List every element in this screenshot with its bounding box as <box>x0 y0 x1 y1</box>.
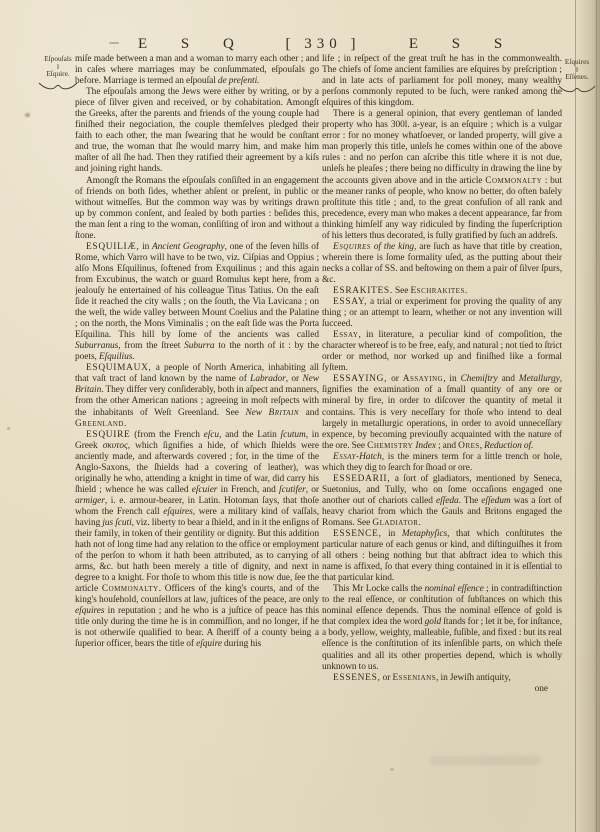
text-segment: , or <box>286 374 303 384</box>
text-segment: eſſedum <box>481 496 510 506</box>
text-segment: The eſpouſals among the Jews were either… <box>75 87 319 174</box>
text-segment: Chemistry <box>367 441 413 451</box>
paragraph: ESQUIRE (from the French eſcu, and the L… <box>75 430 319 651</box>
paragraph: Amongſt the Romans the eſpouſals conſiſt… <box>75 176 319 242</box>
text-segment: ESSAY, <box>333 297 367 307</box>
text-segment: Gladiator <box>372 518 418 528</box>
text-segment: in French, and <box>217 485 279 495</box>
paragraph: miſe made between a man and a woman to m… <box>75 54 319 87</box>
text-segment: Ores <box>458 441 480 451</box>
page-gutter-shadow <box>575 0 600 832</box>
text-segment: Amongſt the Romans the eſpouſals conſiſt… <box>75 176 319 241</box>
text-segment: ESQUIMAUX, <box>86 363 152 373</box>
text-segment: Britain <box>269 408 299 418</box>
text-segment: during his <box>222 639 261 649</box>
paragraph: ESRAKITES. See Eschrakites. <box>322 286 562 297</box>
text-segment: Assaying <box>403 374 443 384</box>
text-segment: , viz. liberty to bear a ſhield, and in … <box>75 518 319 594</box>
text-segment: , one of the ſeven hills of Rome, which … <box>75 242 319 340</box>
text-segment: , in Jewiſh antiquity, <box>436 673 511 683</box>
paragraph: There is a general opinion, that every g… <box>322 109 562 242</box>
paragraph: ESSENES, or Essenians, in Jewiſh antiqui… <box>322 673 562 684</box>
margin-note-left: Eſpouſals ‖ Eſquire. <box>36 55 80 91</box>
margin-note-left-bottom: Eſquire. <box>46 69 69 78</box>
text-segment: armiger <box>75 496 105 506</box>
text-segment: This Mr Locke calls the <box>333 584 425 594</box>
catchword: one <box>322 684 562 695</box>
text-segment: , in <box>443 374 460 384</box>
paragraph: Essay, in literature, a peculiar kind of… <box>322 330 562 374</box>
text-segment: and <box>498 374 519 384</box>
text-segment: See <box>393 286 411 296</box>
text-segment: , from the ſtreet <box>118 341 184 351</box>
ink-stain <box>109 42 119 44</box>
right-column-paragraphs: life ; in reſpect of the great truſt he … <box>322 54 562 684</box>
text-segment: miſe made between a man and a woman to m… <box>75 54 319 86</box>
running-header: E S Q [ 330 ] E S S <box>0 36 600 54</box>
text-segment: Essay <box>333 330 358 340</box>
text-segment: Eſquilius. <box>99 352 135 362</box>
text-segment: Index <box>415 441 436 451</box>
text-segment: de preſenti. <box>218 76 260 86</box>
text-segment: Greenland <box>75 419 124 429</box>
text-segment: . <box>465 286 467 296</box>
paragraph: Essay-Hatch, is the miners term for a li… <box>322 452 562 474</box>
text-segment: Essenians <box>392 673 436 683</box>
text-segment: -Hatch <box>356 452 382 462</box>
ink-stain <box>390 768 394 771</box>
paragraph: ESSENCE, in Metaphyſics, that which conſ… <box>322 529 562 584</box>
text-segment: New <box>245 408 268 418</box>
text-segment: Commonalty <box>485 176 542 186</box>
text-segment: or <box>381 673 393 683</box>
text-segment: in <box>382 529 402 539</box>
text-segment: Essay <box>333 452 356 462</box>
text-segment: gold <box>425 617 441 627</box>
text-segment: ESSENES, <box>333 673 381 683</box>
text-segment: ſcutifer <box>279 485 306 495</box>
text-segment: of the king <box>371 242 414 252</box>
text-segment: ESQUIRE <box>86 430 130 440</box>
text-segment: Labrador <box>250 374 286 384</box>
text-segment: , and the Latin <box>219 430 281 440</box>
text-segment: eſſeda <box>436 496 459 506</box>
paragraph: ESQUIMAUX, a people of North America, in… <box>75 363 319 429</box>
show-through-smudge <box>430 756 540 765</box>
text-segment: Eschrakites <box>410 286 464 296</box>
left-column-paragraphs: miſe made between a man and a woman to m… <box>75 54 319 651</box>
text-segment: , ſignifies the examination of a ſmall q… <box>322 374 562 450</box>
text-segment: Metaphyſics <box>402 529 447 539</box>
text-segment: . The <box>459 496 482 506</box>
text-segment: eſquires <box>75 606 104 616</box>
text-segment: , in literature, a peculiar kind of comp… <box>322 330 562 373</box>
text-segment: Suburranus <box>75 341 118 351</box>
left-text-column: miſe made between a man and a woman to m… <box>75 54 319 778</box>
paragraph: life ; in reſpect of the great truſt he … <box>322 54 562 109</box>
text-segment: and <box>299 408 319 418</box>
text-segment: eſcu <box>204 430 219 440</box>
running-header-right: E S S <box>408 36 518 53</box>
text-segment: ſcutum <box>281 430 306 440</box>
text-segment: ESSENCE, <box>333 529 382 539</box>
text-segment: ESRAKITES. <box>333 286 393 296</box>
text-segment: jus ſcuti <box>102 518 131 528</box>
text-segment: life ; in reſpect of the great truſt he … <box>322 54 562 108</box>
page-number: [ 330 ] <box>268 36 378 53</box>
text-segment: eſquire <box>196 639 222 649</box>
paragraph: ESSAYING, or Assaying, in Chemiſtry and … <box>322 374 562 451</box>
margin-note-brace-icon <box>38 81 78 91</box>
text-segment: nominal eſſence <box>425 584 484 594</box>
paragraph: Esquires of the king, are ſuch as have t… <box>322 242 562 286</box>
text-segment: ; and <box>436 441 458 451</box>
text-segment: Chemiſtry <box>461 374 498 384</box>
paragraph: ESSAY, a trial or experiment for proving… <box>322 297 562 330</box>
text-segment: Ancient Geography <box>152 242 225 252</box>
paragraph: ESQUILIÆ, in Ancient Geography, one of t… <box>75 242 319 364</box>
ink-stain <box>7 427 10 430</box>
book-page: E S Q [ 330 ] E S S Eſpouſals ‖ Eſquire.… <box>0 0 600 832</box>
text-segment: ESSAYING, <box>333 374 387 384</box>
right-text-column: life ; in reſpect of the great truſt he … <box>322 54 562 778</box>
paragraph: The eſpouſals among the Jews were either… <box>75 87 319 175</box>
text-segment: ESQUILIÆ, <box>86 242 139 252</box>
text-segment: Commonalty <box>102 584 159 594</box>
paragraph: ESSEDARII, a ſort of gladiators, mention… <box>322 474 562 529</box>
paragraph: This Mr Locke calls the nominal eſſence … <box>322 584 562 672</box>
running-header-left: E S Q <box>138 36 248 53</box>
text-segment: ESSEDARII, <box>333 474 390 484</box>
text-segment: There is a general opinion, that every g… <box>322 109 562 185</box>
text-segment: . <box>418 518 420 528</box>
ink-stain <box>25 113 30 117</box>
text-segment: Reduction of. <box>484 441 533 451</box>
text-segment: Suburra <box>184 341 214 351</box>
text-segment: eſcuier <box>192 485 218 495</box>
text-segment: σκυτος <box>103 441 128 451</box>
text-segment: eſquires <box>163 507 192 517</box>
text-segment: Metallurgy <box>519 374 560 384</box>
text-segment: (from the French <box>130 430 203 440</box>
text-segment: in <box>139 242 152 252</box>
text-segment: or <box>387 374 403 384</box>
margin-note-left-top: Eſpouſals <box>44 54 72 63</box>
text-segment: . <box>124 419 126 429</box>
text-segment: , or <box>306 485 319 495</box>
text-segment: Esquires <box>333 242 371 252</box>
